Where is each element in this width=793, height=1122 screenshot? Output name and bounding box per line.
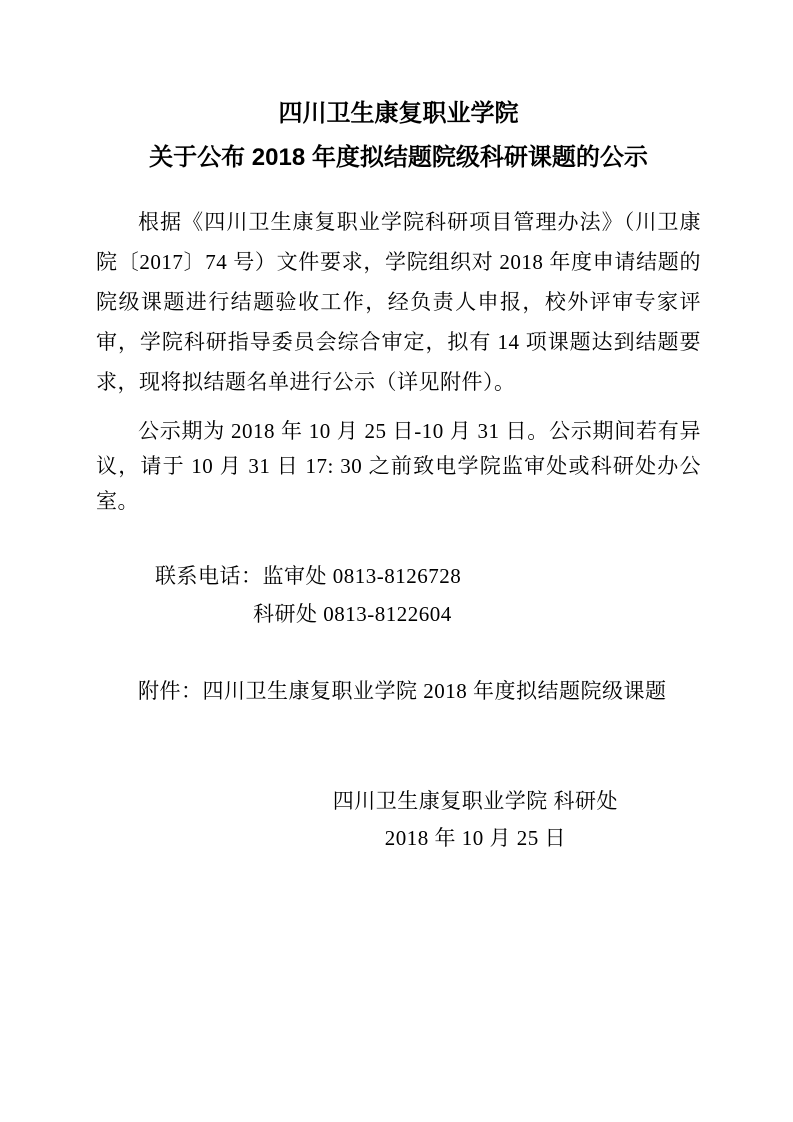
document-content: 四川卫生康复职业学院 关于公布 2018 年度拟结题院级科研课题的公示 根据《四… [0,0,793,857]
paragraph-basis: 根据《四川卫生康复职业学院科研项目管理办法》（川卫康院〔2017〕74 号）文件… [96,202,701,402]
attachment-line: 附件：四川卫生康复职业学院 2018 年度拟结题院级课题 [96,671,701,711]
contact-phone-research-office: 科研处 0813-8122604 [96,595,701,633]
document-title-subject: 关于公布 2018 年度拟结题院级科研课题的公示 [96,136,701,180]
paragraph-publicity-period: 公示期为 2018 年 10 月 25 日-10 月 31 日。公示期间若有异议… [96,414,701,519]
contact-phone-supervision-office: 联系电话：监审处 0813-8126728 [96,557,701,595]
document-page: 四川卫生康复职业学院 关于公布 2018 年度拟结题院级科研课题的公示 根据《四… [0,0,793,1122]
document-title-org: 四川卫生康复职业学院 [96,92,701,136]
signature-date: 2018 年 10 月 25 日 [333,820,618,857]
signature-org: 四川卫生康复职业学院 科研处 [333,783,618,820]
contact-info: 联系电话：监审处 0813-8126728 科研处 0813-8122604 [96,557,701,633]
signature-block: 四川卫生康复职业学院 科研处 2018 年 10 月 25 日 [333,783,618,857]
